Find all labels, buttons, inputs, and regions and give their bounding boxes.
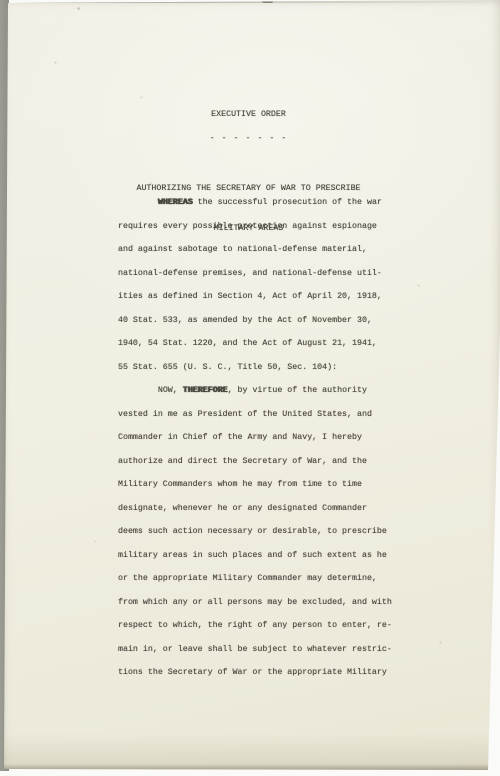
typed-line: and against sabotage to national-defense… [118, 238, 392, 262]
typed-line: Military Commanders whom he may from tim… [118, 473, 392, 497]
title-separator-dashes: - - - - - - - [0, 134, 497, 144]
paper-sheet: EXECUTIVE ORDER - - - - - - - AUTHORIZIN… [0, 0, 500, 776]
typed-line: military areas in such places and of suc… [118, 544, 392, 568]
typed-line: 1940, 54 Stat. 1220, and the Act of Augu… [118, 332, 392, 356]
typed-line: from which any or all persons may be exc… [118, 591, 392, 615]
typed-line: national-defense premises, and national-… [118, 262, 392, 286]
typed-line: Commander in Chief of the Army and Navy,… [118, 426, 392, 450]
typed-line: 40 Stat. 533, as amended by the Act of N… [118, 309, 392, 333]
document-title: EXECUTIVE ORDER [0, 110, 497, 120]
document-body: WHEREAS the successful prosecution of th… [118, 191, 392, 685]
paper-top-edge [8, 0, 500, 3]
typed-line: main in, or leave shall be subject to wh… [118, 638, 392, 662]
typed-line: requires every possible protection again… [118, 215, 392, 239]
typed-line: NOW, THEREFORE, by virtue of the authori… [118, 379, 392, 403]
typed-line: ities as defined in Section 4, Act of Ap… [118, 285, 392, 309]
overstruck-text: THEREFORE [183, 386, 228, 395]
typed-line: respect to which, the right of any perso… [118, 614, 392, 638]
typed-line: or the appropriate Military Commander ma… [118, 567, 392, 591]
typed-line: designate, whenever he or any designated… [118, 497, 392, 521]
typed-line: deems such action necessary or desirable… [118, 520, 392, 544]
typed-line: WHEREAS the successful prosecution of th… [118, 191, 392, 215]
document-scan: EXECUTIVE ORDER - - - - - - - AUTHORIZIN… [0, 0, 500, 776]
typed-line: authorize and direct the Secretary of Wa… [118, 450, 392, 474]
overstruck-text: WHEREAS [158, 198, 193, 207]
typed-line: 55 Stat. 655 (U. S. C., Title 50, Sec. 1… [118, 356, 392, 380]
paper-bottom-edge [4, 764, 500, 770]
typed-line: vested in me as President of the United … [118, 403, 392, 427]
typed-line: tions the Secretary of War or the approp… [118, 661, 392, 685]
paper-top-notch [262, 0, 273, 3]
